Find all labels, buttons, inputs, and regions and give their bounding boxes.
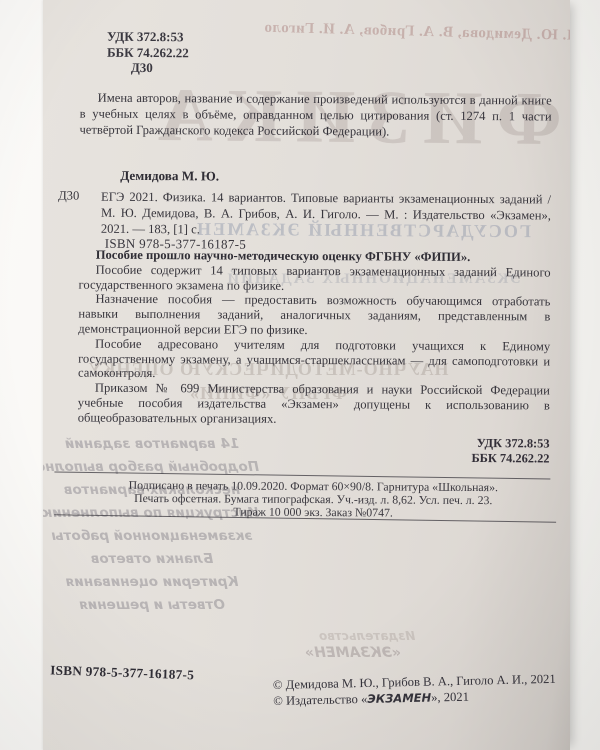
copyright-block: © Демидова М. Ю., Грибов В. А., Гиголо А…	[273, 670, 570, 709]
imprint-block: Подписано в печать 10.09.2020. Формат 60…	[77, 479, 549, 520]
isbn-footer: ISBN 978-5-377-16187-5	[50, 662, 194, 683]
author-sign-code: Д30	[107, 60, 189, 76]
photo-background: М. Ю. Демидова, В. А. Грибов, А. И. Гиго…	[0, 0, 600, 750]
classification-right-block: УДК 372.8:53 ББК 74.262.22	[77, 433, 549, 466]
copyright-publisher-prefix: © Издательство «	[273, 692, 367, 708]
annotation-paragraph: Назначение пособия — предоставить возмож…	[78, 292, 550, 339]
book-imprint-page: М. Ю. Демидова, В. А. Грибов, А. И. Гиго…	[43, 0, 570, 750]
copyright-publisher-suffix: », 2021	[431, 690, 469, 705]
annotation-paragraph: Пособие содержит 14 типовых вариантов эк…	[79, 262, 551, 294]
publisher-brand: ЭКЗАМЕН	[367, 691, 431, 706]
printed-content: УДК 372.8:53 ББК 74.262.22 Д30 Имена авт…	[43, 0, 570, 750]
citation-notice: Имена авторов, название и содержание про…	[79, 90, 551, 141]
bbk-code-right: ББК 74.262.22	[77, 448, 549, 466]
annotation-block: Пособие прошло научно-методическую оценк…	[77, 248, 550, 466]
udk-code: УДК 372.8:53	[107, 29, 189, 45]
annotation-paragraph: Пособие адресовано учителям для подготов…	[78, 336, 550, 383]
catalog-code: Д30	[58, 188, 79, 203]
classification-block: УДК 372.8:53 ББК 74.262.22 Д30	[107, 29, 189, 76]
annotation-paragraph: Приказом № 699 Министерства образования …	[78, 381, 550, 428]
author-heading: Демидова М. Ю.	[120, 168, 219, 185]
catalog-entry: ЕГЭ 2021. Физика. 14 вариантов. Типовые …	[101, 189, 551, 240]
bbk-code: ББК 74.262.22	[107, 44, 189, 60]
